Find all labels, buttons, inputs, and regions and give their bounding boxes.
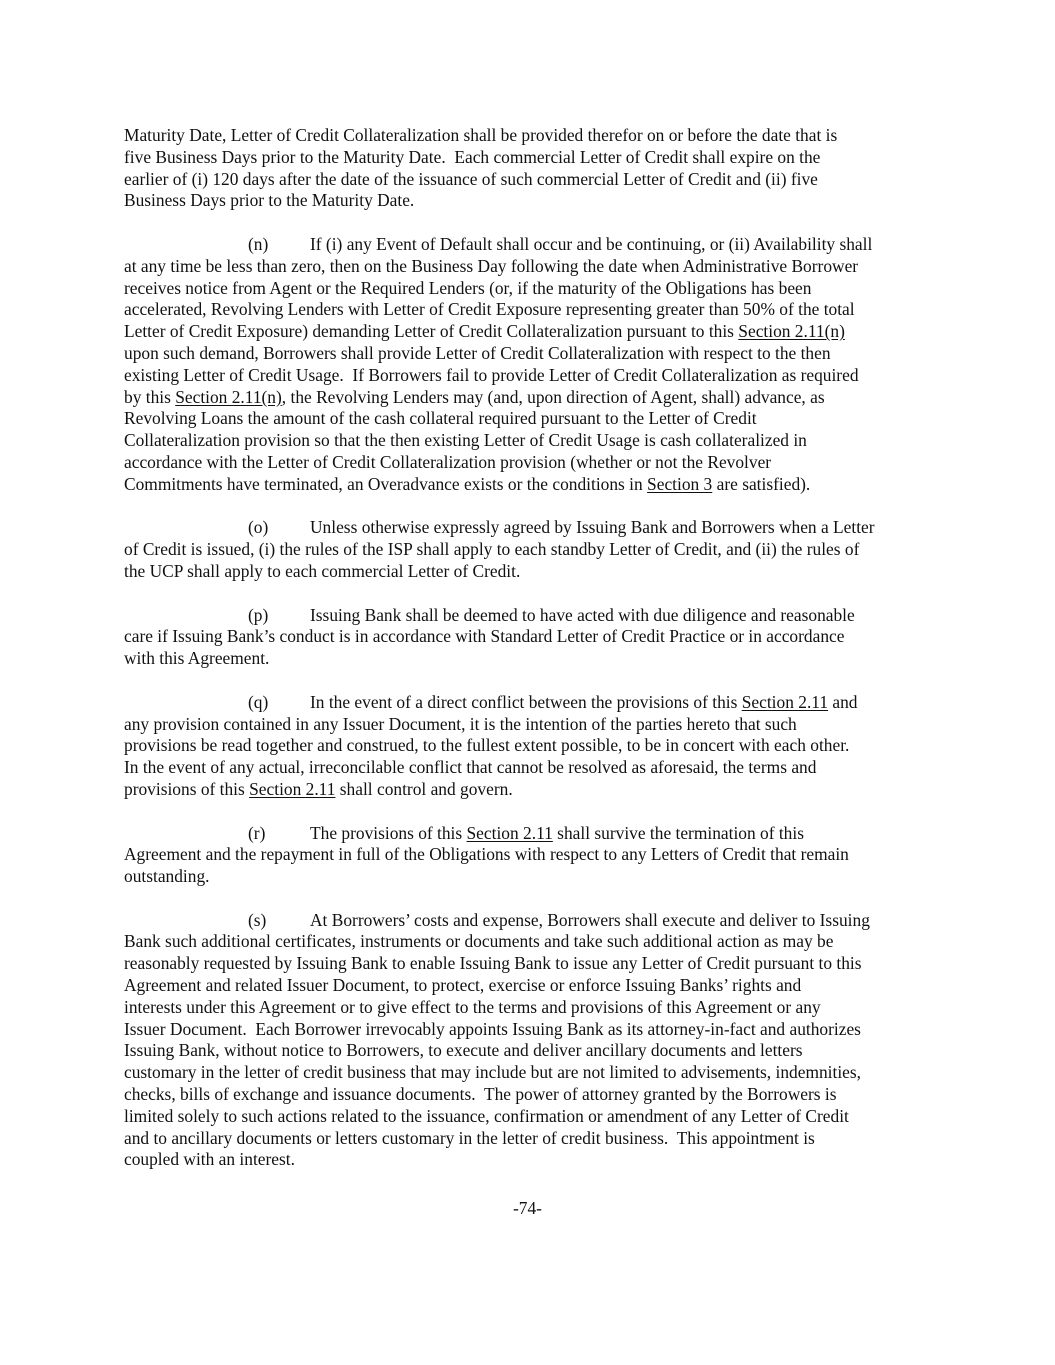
text-line: any provision contained in any Issuer Do…: [124, 714, 944, 736]
text-line: care if Issuing Bank’s conduct is in acc…: [124, 626, 944, 648]
text-line: with this Agreement.: [124, 648, 944, 670]
text-line: Issuer Document. Each Borrower irrevocab…: [124, 1019, 944, 1041]
section-reference-link[interactable]: Section 2.11(n): [738, 321, 845, 341]
text-line: outstanding.: [124, 866, 944, 888]
text-line: Letter of Credit Exposure) demanding Let…: [124, 321, 944, 343]
text-line: upon such demand, Borrowers shall provid…: [124, 343, 944, 365]
text-line: Collateralization provision so that the …: [124, 430, 944, 452]
text-line: Business Days prior to the Maturity Date…: [124, 190, 944, 212]
paragraph-p: (p)Issuing Bank shall be deemed to have …: [124, 605, 944, 670]
paragraph-label: (r): [248, 823, 310, 845]
paragraph-continuation: Maturity Date, Letter of Credit Collater…: [124, 125, 944, 212]
text-line: (s)At Borrowers’ costs and expense, Borr…: [124, 910, 944, 932]
paragraph-label: (p): [248, 605, 310, 627]
text-line: (n)If (i) any Event of Default shall occ…: [124, 234, 944, 256]
text-line: (r)The provisions of this Section 2.11 s…: [124, 823, 944, 845]
text-line: Agreement and related Issuer Document, t…: [124, 975, 944, 997]
text-line: In the event of any actual, irreconcilab…: [124, 757, 944, 779]
text-line: by this Section 2.11(n), the Revolving L…: [124, 387, 944, 409]
section-reference-link[interactable]: Section 2.11: [467, 823, 553, 843]
paragraph-q: (q)In the event of a direct conflict bet…: [124, 692, 944, 801]
text-line: and to ancillary documents or letters cu…: [124, 1128, 944, 1150]
text-line: provisions be read together and construe…: [124, 735, 944, 757]
paragraph-label: (o): [248, 517, 310, 539]
text-line: reasonably requested by Issuing Bank to …: [124, 953, 944, 975]
text-line: (p)Issuing Bank shall be deemed to have …: [124, 605, 944, 627]
paragraph-label: (s): [248, 910, 310, 932]
text-line: existing Letter of Credit Usage. If Borr…: [124, 365, 944, 387]
text-line: Issuing Bank, without notice to Borrower…: [124, 1040, 944, 1062]
text-line: customary in the letter of credit busine…: [124, 1062, 944, 1084]
text-line: limited solely to such actions related t…: [124, 1106, 944, 1128]
text-line: Commitments have terminated, an Overadva…: [124, 474, 944, 496]
text-line: interests under this Agreement or to giv…: [124, 997, 944, 1019]
text-line: five Business Days prior to the Maturity…: [124, 147, 944, 169]
text-line: provisions of this Section 2.11 shall co…: [124, 779, 944, 801]
paragraph-s: (s)At Borrowers’ costs and expense, Borr…: [124, 910, 944, 1172]
text-line: checks, bills of exchange and issuance d…: [124, 1084, 944, 1106]
section-reference-link[interactable]: Section 2.11: [249, 779, 335, 799]
page-number: -74-: [0, 1198, 1055, 1219]
paragraph-o: (o)Unless otherwise expressly agreed by …: [124, 517, 944, 582]
paragraph-label: (q): [248, 692, 310, 714]
text-line: Bank such additional certificates, instr…: [124, 931, 944, 953]
text-line: at any time be less than zero, then on t…: [124, 256, 944, 278]
section-reference-link[interactable]: Section 2.11: [742, 692, 828, 712]
text-line: Maturity Date, Letter of Credit Collater…: [124, 125, 944, 147]
paragraph-r: (r)The provisions of this Section 2.11 s…: [124, 823, 944, 888]
text-line: the UCP shall apply to each commercial L…: [124, 561, 944, 583]
text-line: (q)In the event of a direct conflict bet…: [124, 692, 944, 714]
text-line: earlier of (i) 120 days after the date o…: [124, 169, 944, 191]
text-line: receives notice from Agent or the Requir…: [124, 278, 944, 300]
text-line: of Credit is issued, (i) the rules of th…: [124, 539, 944, 561]
paragraph-label: (n): [248, 234, 310, 256]
paragraph-n: (n)If (i) any Event of Default shall occ…: [124, 234, 944, 496]
document-page: Maturity Date, Letter of Credit Collater…: [124, 125, 944, 1193]
text-line: coupled with an interest.: [124, 1149, 944, 1171]
text-line: (o)Unless otherwise expressly agreed by …: [124, 517, 944, 539]
section-reference-link[interactable]: Section 2.11(n): [175, 387, 282, 407]
text-line: Agreement and the repayment in full of t…: [124, 844, 944, 866]
text-line: accordance with the Letter of Credit Col…: [124, 452, 944, 474]
text-line: Revolving Loans the amount of the cash c…: [124, 408, 944, 430]
section-reference-link[interactable]: Section 3: [647, 474, 712, 494]
text-line: accelerated, Revolving Lenders with Lett…: [124, 299, 944, 321]
